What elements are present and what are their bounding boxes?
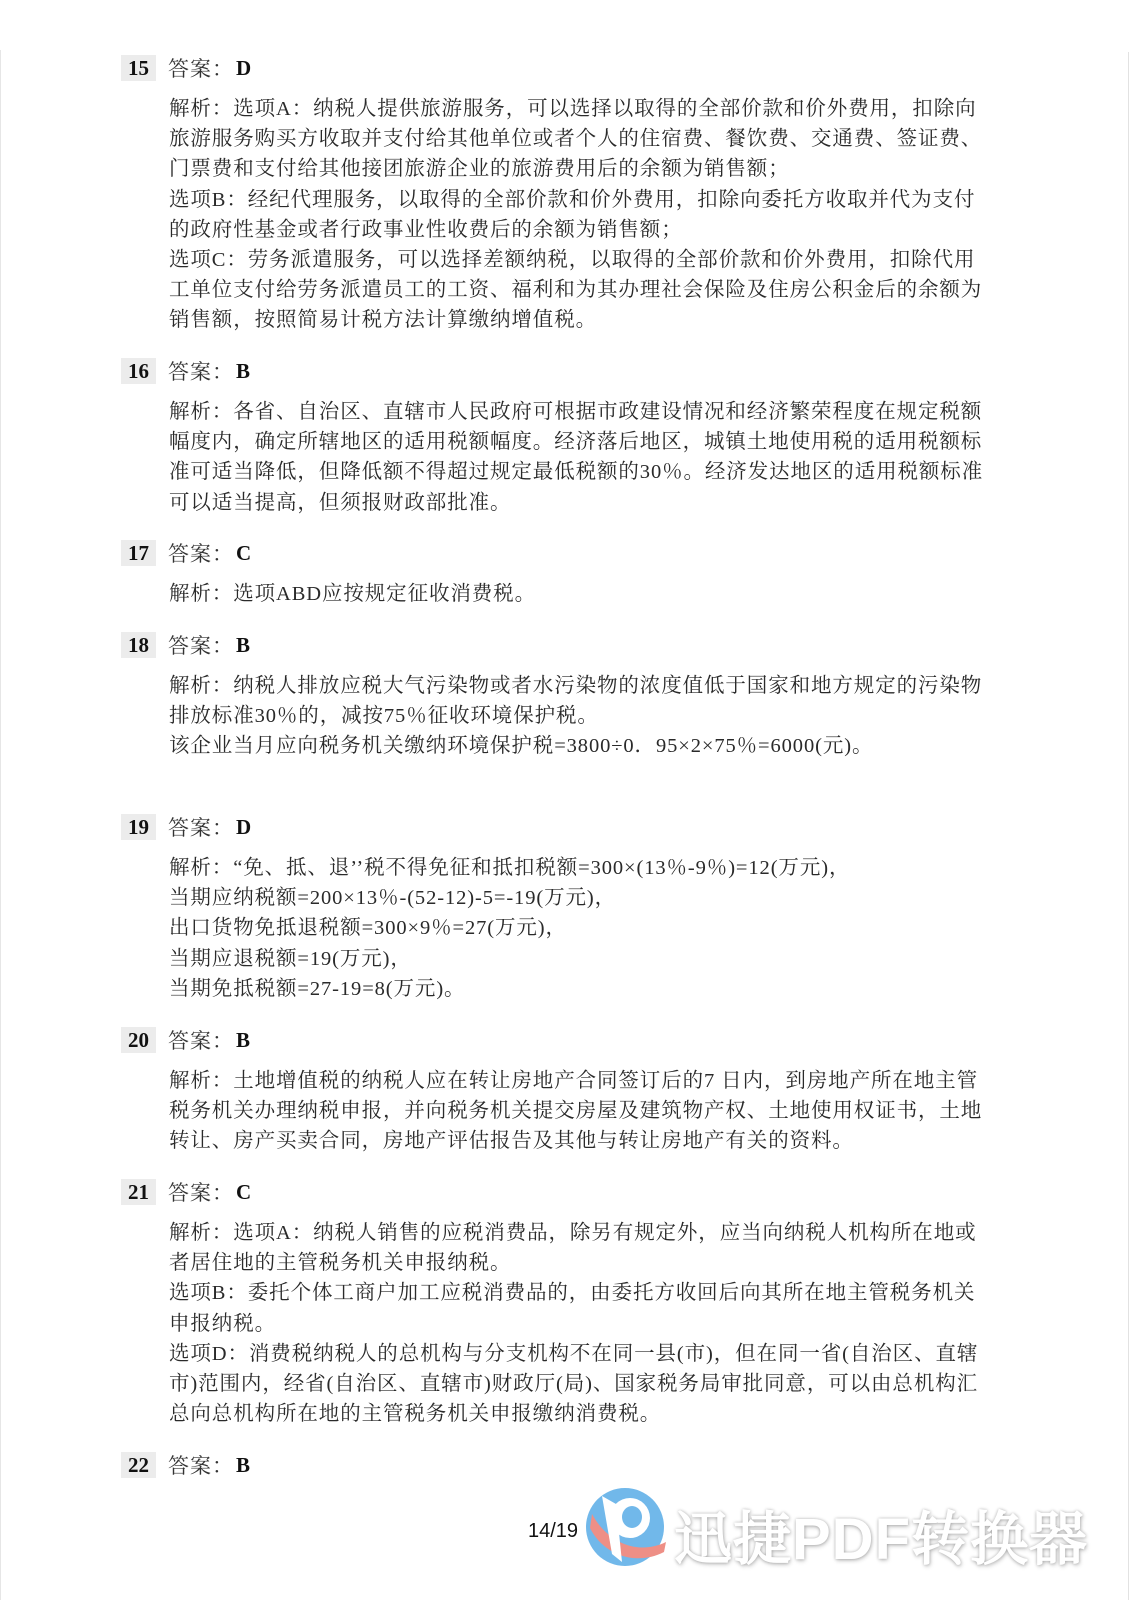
explanation-line: 总向总机构所在地的主管税务机关申报缴纳消费税。	[169, 1399, 999, 1429]
explanation-line: 转让、房产买卖合同，房地产评估报告及其他与转让房地产有关的资料。	[169, 1126, 999, 1156]
explanation-line: 市)范围内，经省(自治区、直辖市)财政厅(局)、国家税务局审批同意，可以由总机构…	[169, 1369, 999, 1399]
explanation-line: 当期应退税额=19(万元)，	[169, 944, 999, 974]
answer-value: D	[236, 815, 251, 840]
question-block-15: 15 答案： D 解析：选项A：纳税人提供旅游服务，可以选择以取得的全部价款和价…	[121, 54, 1021, 336]
question-header: 15 答案： D	[121, 54, 1021, 82]
question-number: 21	[121, 1179, 156, 1205]
answer-label: 答案：	[168, 1177, 234, 1207]
explanation-line: 可以适当提高，但须报财政部批准。	[169, 488, 999, 518]
answer-label: 答案：	[168, 356, 234, 386]
explanation-line: 解析：选项A：纳税人销售的应税消费品，除另有规定外，应当向纳税人机构所在地或	[169, 1218, 999, 1248]
page-indicator: 14/19	[528, 1520, 578, 1543]
answer-value: D	[236, 56, 251, 81]
answer-value: C	[236, 1180, 251, 1205]
answer-label: 答案：	[168, 53, 234, 83]
explanation-line: 销售额，按照简易计税方法计算缴纳增值税。	[169, 305, 999, 335]
explanation-line: 选项B：经纪代理服务，以取得的全部价款和价外费用，扣除向委托方收取并代为支付	[169, 185, 999, 215]
answer-label: 答案：	[168, 1025, 234, 1055]
question-header: 21 答案： C	[121, 1178, 1021, 1206]
question-number: 19	[121, 814, 156, 840]
explanation: 解析：各省、自治区、直辖市人民政府可根据市政建设情况和经济繁荣程度在规定税额 幅…	[169, 397, 999, 518]
question-block-21: 21 答案： C 解析：选项A：纳税人销售的应税消费品，除另有规定外，应当向纳税…	[121, 1178, 1021, 1429]
question-block-16: 16 答案： B 解析：各省、自治区、直辖市人民政府可根据市政建设情况和经济繁荣…	[121, 357, 1021, 518]
explanation-line: 准可适当降低，但降低额不得超过规定最低税额的30％。经济发达地区的适用税额标准	[169, 457, 999, 487]
explanation: 解析：土地增值税的纳税人应在转让房地产合同签订后的7 日内，到房地产所在地主管 …	[169, 1066, 999, 1157]
explanation-line: 解析：土地增值税的纳税人应在转让房地产合同签订后的7 日内，到房地产所在地主管	[169, 1066, 999, 1096]
answer-label: 答案：	[168, 1450, 234, 1480]
explanation-line: 当期免抵税额=27-19=8(万元)。	[169, 974, 999, 1004]
page-border-left	[0, 50, 1, 1600]
explanation-line: 出口货物免抵退税额=300×9％=27(万元)，	[169, 913, 999, 943]
question-block-22: 22 答案： B	[121, 1451, 1021, 1479]
watermark-text: 迅捷PDF转换器	[674, 1492, 1088, 1576]
explanation: 解析：选项ABD应按规定征收消费税。	[169, 579, 999, 609]
explanation-line: 解析：选项ABD应按规定征收消费税。	[169, 579, 999, 609]
explanation-line: 当期应纳税额=200×13％-(52-12)-5=-19(万元)，	[169, 883, 999, 913]
explanation-line: 税务机关办理纳税申报，并向税务机关提交房屋及建筑物产权、土地使用权证书，土地	[169, 1096, 999, 1126]
answer-value: C	[236, 541, 251, 566]
question-block-18: 18 答案： B 解析：纳税人排放应税大气污染物或者水污染物的浓度值低于国家和地…	[121, 631, 1021, 762]
question-number: 20	[121, 1027, 156, 1053]
answer-label: 答案：	[168, 538, 234, 568]
explanation-line: 解析：纳税人排放应税大气污染物或者水污染物的浓度值低于国家和地方规定的污染物	[169, 671, 999, 701]
explanation-line: 选项C：劳务派遣服务，可以选择差额纳税，以取得的全部价款和价外费用，扣除代用	[169, 245, 999, 275]
explanation-line: 排放标准30％的，减按75％征收环境保护税。	[169, 701, 999, 731]
explanation-line: 解析：各省、自治区、直辖市人民政府可根据市政建设情况和经济繁荣程度在规定税额	[169, 397, 999, 427]
explanation-line: 门票费和支付给其他接团旅游企业的旅游费用后的余额为销售额；	[169, 154, 999, 184]
explanation-line: 该企业当月应向税务机关缴纳环境保护税=3800÷0．95×2×75％=6000(…	[169, 731, 999, 761]
question-header: 17 答案： C	[121, 539, 1021, 567]
question-block-19: 19 答案： D 解析：“免、抵、退’’税不得免征和抵扣税额=300×(13％-…	[121, 813, 1021, 1004]
watermark: 迅捷PDF转换器	[582, 1484, 1102, 1574]
explanation-line: 选项B：委托个体工商户加工应税消费品的，由委托方收回后向其所在地主管税务机关	[169, 1278, 999, 1308]
question-header: 20 答案： B	[121, 1026, 1021, 1054]
page-border-right	[1128, 52, 1129, 1600]
explanation-line: 工单位支付给劳务派遣员工的工资、福利和为其办理社会保险及住房公积金后的余额为	[169, 275, 999, 305]
explanation-line: 选项D：消费税纳税人的总机构与分支机构不在同一县(市)，但在同一省(自治区、直辖	[169, 1339, 999, 1369]
explanation: 解析：选项A：纳税人提供旅游服务，可以选择以取得的全部价款和价外费用，扣除向 旅…	[169, 94, 999, 336]
answer-label: 答案：	[168, 812, 234, 842]
explanation-line: 的政府性基金或者行政事业性收费后的余额为销售额；	[169, 215, 999, 245]
explanation-line: 者居住地的主管税务机关申报纳税。	[169, 1248, 999, 1278]
question-number: 15	[121, 55, 156, 81]
answer-value: B	[236, 1028, 250, 1053]
question-number: 17	[121, 540, 156, 566]
converter-logo-icon	[582, 1484, 668, 1570]
answer-value: B	[236, 633, 250, 658]
explanation: 解析：选项A：纳税人销售的应税消费品，除另有规定外，应当向纳税人机构所在地或 者…	[169, 1218, 999, 1429]
explanation-line: 旅游服务购买方收取并支付给其他单位或者个人的住宿费、餐饮费、交通费、签证费、	[169, 124, 999, 154]
question-header: 18 答案： B	[121, 631, 1021, 659]
explanation: 解析：纳税人排放应税大气污染物或者水污染物的浓度值低于国家和地方规定的污染物 排…	[169, 671, 999, 762]
explanation-line: 解析：“免、抵、退’’税不得免征和抵扣税额=300×(13％-9％)=12(万元…	[169, 853, 999, 883]
explanation: 解析：“免、抵、退’’税不得免征和抵扣税额=300×(13％-9％)=12(万元…	[169, 853, 999, 1004]
question-block-17: 17 答案： C 解析：选项ABD应按规定征收消费税。	[121, 539, 1021, 609]
question-number: 22	[121, 1452, 156, 1478]
explanation-line: 解析：选项A：纳税人提供旅游服务，可以选择以取得的全部价款和价外费用，扣除向	[169, 94, 999, 124]
question-number: 16	[121, 358, 156, 384]
explanation-line: 幅度内，确定所辖地区的适用税额幅度。经济落后地区，城镇土地使用税的适用税额标	[169, 427, 999, 457]
answer-value: B	[236, 359, 250, 384]
question-header: 22 答案： B	[121, 1451, 1021, 1479]
question-block-20: 20 答案： B 解析：土地增值税的纳税人应在转让房地产合同签订后的7 日内，到…	[121, 1026, 1021, 1157]
explanation-line: 申报纳税。	[169, 1309, 999, 1339]
question-number: 18	[121, 632, 156, 658]
question-header: 19 答案： D	[121, 813, 1021, 841]
question-header: 16 答案： B	[121, 357, 1021, 385]
answer-label: 答案：	[168, 630, 234, 660]
answer-value: B	[236, 1453, 250, 1478]
